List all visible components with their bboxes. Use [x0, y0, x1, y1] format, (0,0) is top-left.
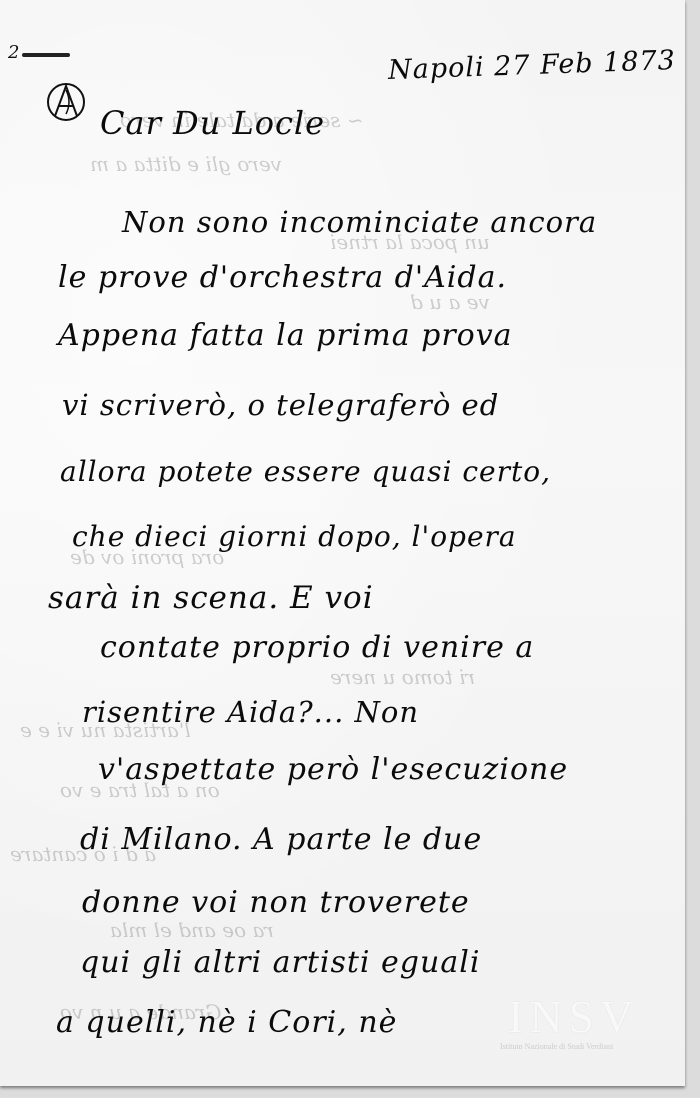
- letter-line: sarà in scena. E voi: [48, 580, 374, 616]
- letter-line: di Milano. A parte le due: [80, 822, 482, 857]
- watermark-logo: INSV: [508, 990, 639, 1043]
- letter-line: v'aspettate però l'esecuzione: [98, 752, 568, 787]
- salutation: Car Du Locle: [100, 104, 325, 142]
- letter-line: le prove d'orchestra d'Aida.: [58, 260, 507, 295]
- letter-line: risentire Aida?... Non: [82, 695, 419, 729]
- bleed-through: ra oe and el mla: [110, 918, 274, 942]
- letter-line: a quelli, nè i Cori, nè: [56, 1005, 397, 1040]
- letter-line: Non sono incominciate ancora: [122, 205, 597, 239]
- folio-number: 2: [8, 42, 19, 63]
- archive-watermark: INSV Istituto Nazionale di Studi Verdian…: [500, 990, 660, 1060]
- letter-line: che dieci giorni dopo, l'opera: [72, 520, 517, 553]
- letter-line: vi scriverò, o telegraferò ed: [62, 388, 499, 422]
- letter-line: qui gli altri artisti eguali: [80, 945, 480, 980]
- place-date: Napoli 27 Feb 1873: [388, 45, 677, 86]
- letter-line: allora potete essere quasi certo,: [60, 455, 551, 488]
- folio-mark: [22, 53, 70, 57]
- bleed-through: ri tomo u nere: [330, 665, 475, 689]
- letter-line: Appena fatta la prima prova: [58, 318, 513, 353]
- letter-line: contate proprio di venire a: [100, 630, 534, 665]
- watermark-caption: Istituto Nazionale di Studi Verdiani: [500, 1042, 613, 1051]
- bleed-through: vero gli e ditta a m: [90, 152, 282, 176]
- monogram-stamp-icon: [44, 80, 90, 126]
- letter-line: donne voi non troverete: [82, 885, 470, 920]
- letter-page: ~ serie a da tale in vero vero gli e dit…: [0, 0, 685, 1086]
